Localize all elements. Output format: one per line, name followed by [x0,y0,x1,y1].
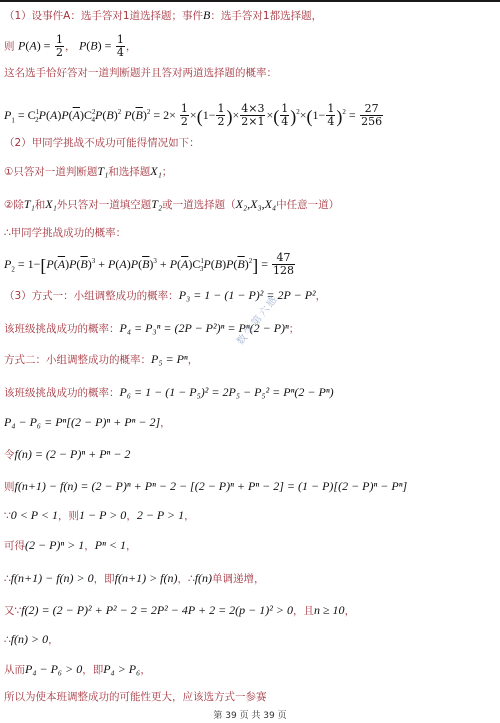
text: （1）设事件A：选手答对1道选择题；事件 [4,10,203,22]
line-define-f: 令f(n) = (2 − P)ⁿ + Pⁿ − 2 [4,447,130,462]
line-probabilities: 则 P(A) = 12， P(B) = 14， [4,34,136,59]
text: ：选手答对1都选择题， [210,10,322,22]
p1-result: 27256 [360,103,383,128]
line-because: ∵0 < P < 1，则1 − P > 0，2 − P > 1， [4,508,195,523]
line-f-difference: 则f(n+1) − f(n) = (2 − P)ⁿ + Pⁿ − 2 − [(2… [4,479,407,494]
math: P(A) = [18,39,50,53]
line-conclusion: 所以为使本班调整成功的可能性更大，应该选方式一参赛 [4,690,267,704]
line-success-prob: ∴甲同学挑战成功的概率： [4,226,126,240]
fraction: 14 [116,34,125,59]
line-prob-statement: 这名选手恰好答对一道判断题并且答对两道选择题的概率： [4,66,277,80]
formula-p1: P1 = C12P(A)P(A)C24P(B)2 P(B)2 = 2× 12×(… [4,103,384,128]
fraction: 12 [55,34,64,59]
line-p4-minus-p6: P₄ − P₆ = Pⁿ[(2 − P)ⁿ + Pⁿ − 2]， [4,415,171,430]
line-f-positive: ∴f(n) > 0， [4,632,59,647]
line-increasing: ∴f(n+1) − f(n) > 0，即f(n+1) > f(n)，∴f(n)单… [4,571,265,586]
p2-result: 47128 [272,252,295,277]
line-method2: 方式二：小组调整成功的概率：P₅ = Pⁿ， [4,352,198,367]
page-footer: 第 39 页 共 39 页 [0,708,500,721]
text: 则 [4,41,15,53]
text: 这名选手恰好答对一道判断题并且答对两道选择题的概率： [4,67,277,79]
line-class-success-2: 该班级挑战成功的概率：P₆ = 1 − (1 − P₅)² = 2P₅ − P₅… [4,385,334,400]
line-thus: 可得(2 − P)ⁿ > 1，Pⁿ < 1， [4,538,137,553]
formula-p2: P2 = 1−[P(A)P(B)3 + P(A)P(B)3 + P(A)C13P… [4,252,296,277]
math: P(B) = [79,39,111,53]
line-compare: 从而P₄ − P₆ > 0，即P₄ > P₆， [4,662,151,677]
line-f2: 又∵f(2) = (2 − P)² + P² − 2 = 2P² − 4P + … [4,603,355,618]
line-part2-intro: （2）甲同学挑战不成功可能得情况如下： [4,136,200,150]
line-case2: ②除T₁和X₁外只答对一道填空题T₂或一道选择题（X₂,X₃,X₄中任意一道） [4,197,339,212]
line-case1: ①只答对一道判断题T₁和选择题X₁； [4,164,172,179]
top-border [0,0,500,2]
line-part1-intro: （1）设事件A：选手答对1道选择题；事件B：选手答对1都选择题， [4,8,322,23]
